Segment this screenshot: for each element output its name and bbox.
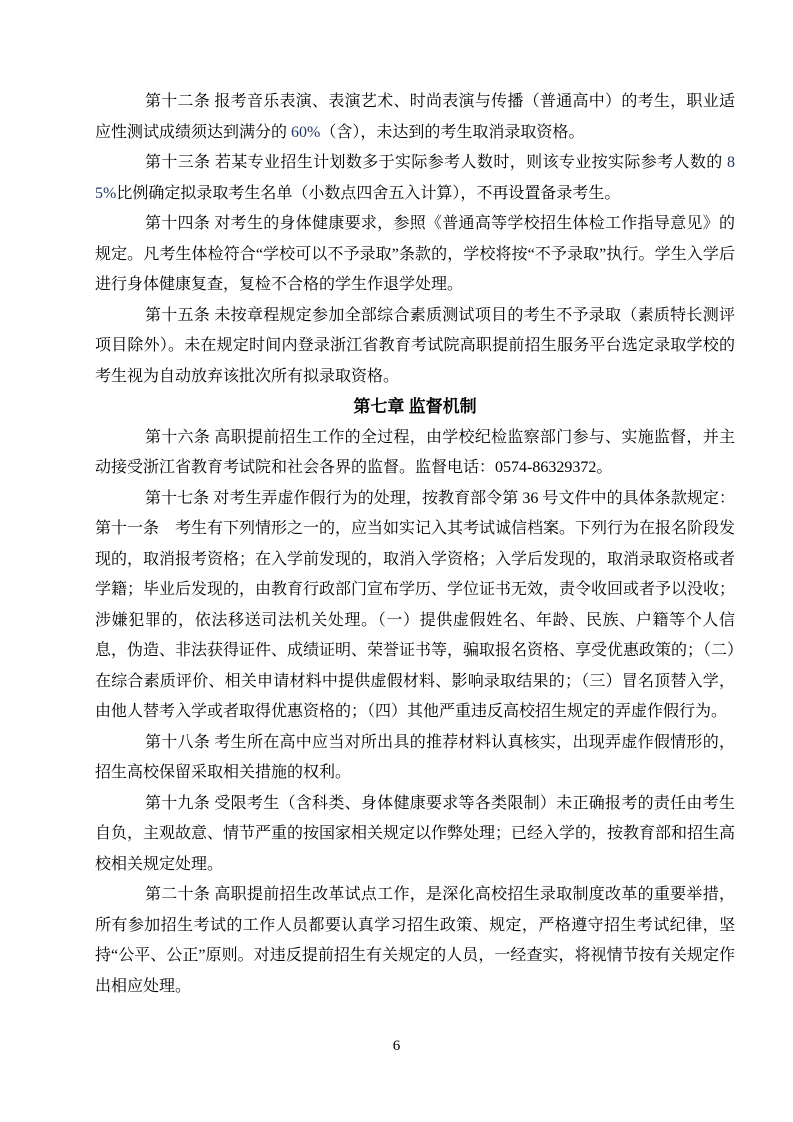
paragraph: 第二十条 高职提前招生改革试点工作，是深化高校招生录取制度改革的重要举措，所有参…: [95, 880, 735, 1002]
text-run: 第七章 监督机制: [353, 397, 476, 416]
paragraph: 第十九条 受限考生（含科类、身体健康要求等各类限制）未正确报考的责任由考生自负，…: [95, 789, 735, 881]
text-run: 第十九条 受限考生（含科类、身体健康要求等各类限制）未正确报考的责任由考生自负，…: [95, 795, 735, 873]
document-body: 第十二条 报考音乐表演、表演艺术、时尚表演与传播（普通高中）的考生，职业适应性测…: [95, 87, 735, 1002]
paragraph: 第十二条 报考音乐表演、表演艺术、时尚表演与传播（普通高中）的考生，职业适应性测…: [95, 87, 735, 148]
text-run: （含），未达到的考生取消录取资格。: [320, 124, 584, 141]
paragraph: 第十六条 高职提前招生工作的全过程，由学校纪检监察部门参与、实施监督，并主动接受…: [95, 423, 735, 484]
text-run: 第十五条 未按章程规定参加全部综合素质测试项目的考生不予录取（素质特长测评项目除…: [95, 307, 735, 385]
text-run: 第十七条 对考生弄虚作假行为的处理，按教育部令第 36 号文件中的具体条款规定：…: [95, 490, 735, 721]
text-run: 第十八条 考生所在高中应当对所出具的推荐材料认真核实，出现弄虚作假情形的，招生高…: [95, 734, 735, 782]
paragraph: 第十五条 未按章程规定参加全部综合素质测试项目的考生不予录取（素质特长测评项目除…: [95, 301, 735, 393]
highlighted-number: 60%: [291, 124, 320, 141]
text-run: 比例确定拟录取考生名单（小数点四舍五入计算），不再设置备录考生。: [116, 185, 620, 202]
paragraph: 第十七条 对考生弄虚作假行为的处理，按教育部令第 36 号文件中的具体条款规定：…: [95, 484, 735, 728]
text-run: 第十四条 对考生的身体健康要求，参照《普通高等学校招生体检工作指导意见》的规定。…: [95, 215, 735, 293]
text-run: 第十三条 若某专业招生计划数多于实际参考人数时，则该专业按实际参考人数的: [145, 154, 727, 171]
paragraph: 第十四条 对考生的身体健康要求，参照《普通高等学校招生体检工作指导意见》的规定。…: [95, 209, 735, 301]
chapter-heading: 第七章 监督机制: [95, 392, 735, 423]
page-number: 6: [0, 1036, 793, 1056]
paragraph: 第十三条 若某专业招生计划数多于实际参考人数时，则该专业按实际参考人数的 85%…: [95, 148, 735, 209]
paragraph: 第十八条 考生所在高中应当对所出具的推荐材料认真核实，出现弄虚作假情形的，招生高…: [95, 728, 735, 789]
text-run: 第二十条 高职提前招生改革试点工作，是深化高校招生录取制度改革的重要举措，所有参…: [95, 886, 735, 995]
text-run: 第十六条 高职提前招生工作的全过程，由学校纪检监察部门参与、实施监督，并主动接受…: [95, 429, 735, 477]
document-page: 第十二条 报考音乐表演、表演艺术、时尚表演与传播（普通高中）的考生，职业适应性测…: [0, 0, 793, 1122]
